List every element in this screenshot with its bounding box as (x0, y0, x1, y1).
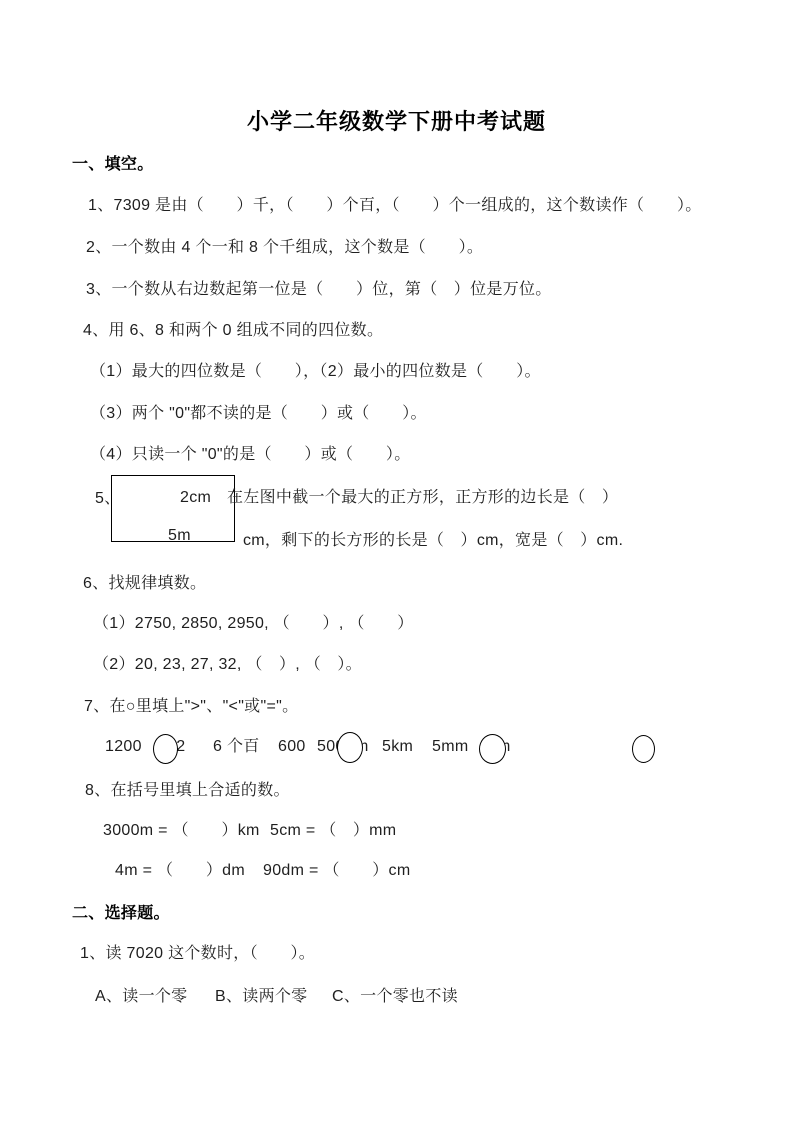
page-title: 小学二年级数学下册中考试题 (0, 105, 793, 136)
question-1: 1、7309 是由（ ）千，（ ）个百，（ ）个一组成的，这个数读作（ ）。 (88, 196, 702, 215)
compare-value-1200: 1200 (105, 737, 142, 756)
question-4: 4、用 6、8 和两个 0 组成不同的四位数。 (83, 321, 383, 340)
section-fill-in-heading: 一、填空。 (72, 155, 154, 174)
question-4-sub-4: （4）只读一个 "0"的是（ ）或（ ）。 (90, 445, 411, 464)
question-5-line-1: 在左图中截一个最大的正方形，正方形的边长是（ ） (227, 488, 618, 507)
choice-option-b: B、读两个零 (215, 987, 307, 1006)
question-4-sub-1-2: （1）最大的四位数是（ ），（2）最小的四位数是（ ）。 (90, 362, 541, 381)
comparison-oval-3 (479, 734, 506, 764)
section-choice-heading: 二、选择题。 (72, 904, 170, 923)
question-7: 7、在○里填上">"、"<"或"="。 (84, 697, 298, 716)
question-6-sub-1: （1）2750, 2850, 2950, （ ）, （ ） (93, 614, 414, 633)
question-6-sub-2: （2）20, 23, 27, 32, （ ）, （ ）。 (93, 655, 362, 674)
question-5-line-2: cm，剩下的长方形的长是（ ）cm，宽是（ ）cm. (243, 531, 623, 550)
question-3: 3、一个数从右边数起第一位是（ ）位，第（ ）位是万位。 (86, 280, 552, 299)
compare-value-6-hundreds: 6 个百 (213, 737, 260, 756)
choice-option-a: A、读一个零 (95, 987, 187, 1006)
rectangle-bottom-label: 5m (168, 526, 191, 545)
conversion-4m-dm: 4m = （ ）dm (115, 861, 245, 880)
choice-question-1: 1、读 7020 这个数时，（ ）。 (80, 944, 315, 963)
question-6: 6、找规律填数。 (83, 574, 206, 593)
comparison-oval-1 (153, 734, 178, 764)
comparison-oval-4 (632, 735, 655, 763)
compare-value-5km: 5km (382, 737, 413, 756)
compare-value-600: 600 (278, 737, 306, 756)
compare-value-5mm: 5mm (432, 737, 468, 756)
comparison-oval-2 (337, 732, 363, 763)
rectangle-top-label: 2cm (180, 488, 211, 507)
question-8: 8、在括号里填上合适的数。 (85, 781, 290, 800)
test-paper-page: 小学二年级数学下册中考试题 一、填空。 1、7309 是由（ ）千，（ ）个百，… (0, 0, 793, 1122)
choice-option-c: C、一个零也不读 (332, 987, 458, 1006)
conversion-90dm-cm: 90dm = （ ）cm (263, 861, 411, 880)
conversion-3000m-km: 3000m = （ ）km (103, 821, 260, 840)
question-4-sub-3: （3）两个 "0"都不读的是（ ）或（ ）。 (90, 404, 427, 423)
question-2: 2、一个数由 4 个一和 8 个千组成，这个数是（ ）。 (86, 238, 483, 257)
conversion-5cm-mm: 5cm = （ ）mm (270, 821, 396, 840)
